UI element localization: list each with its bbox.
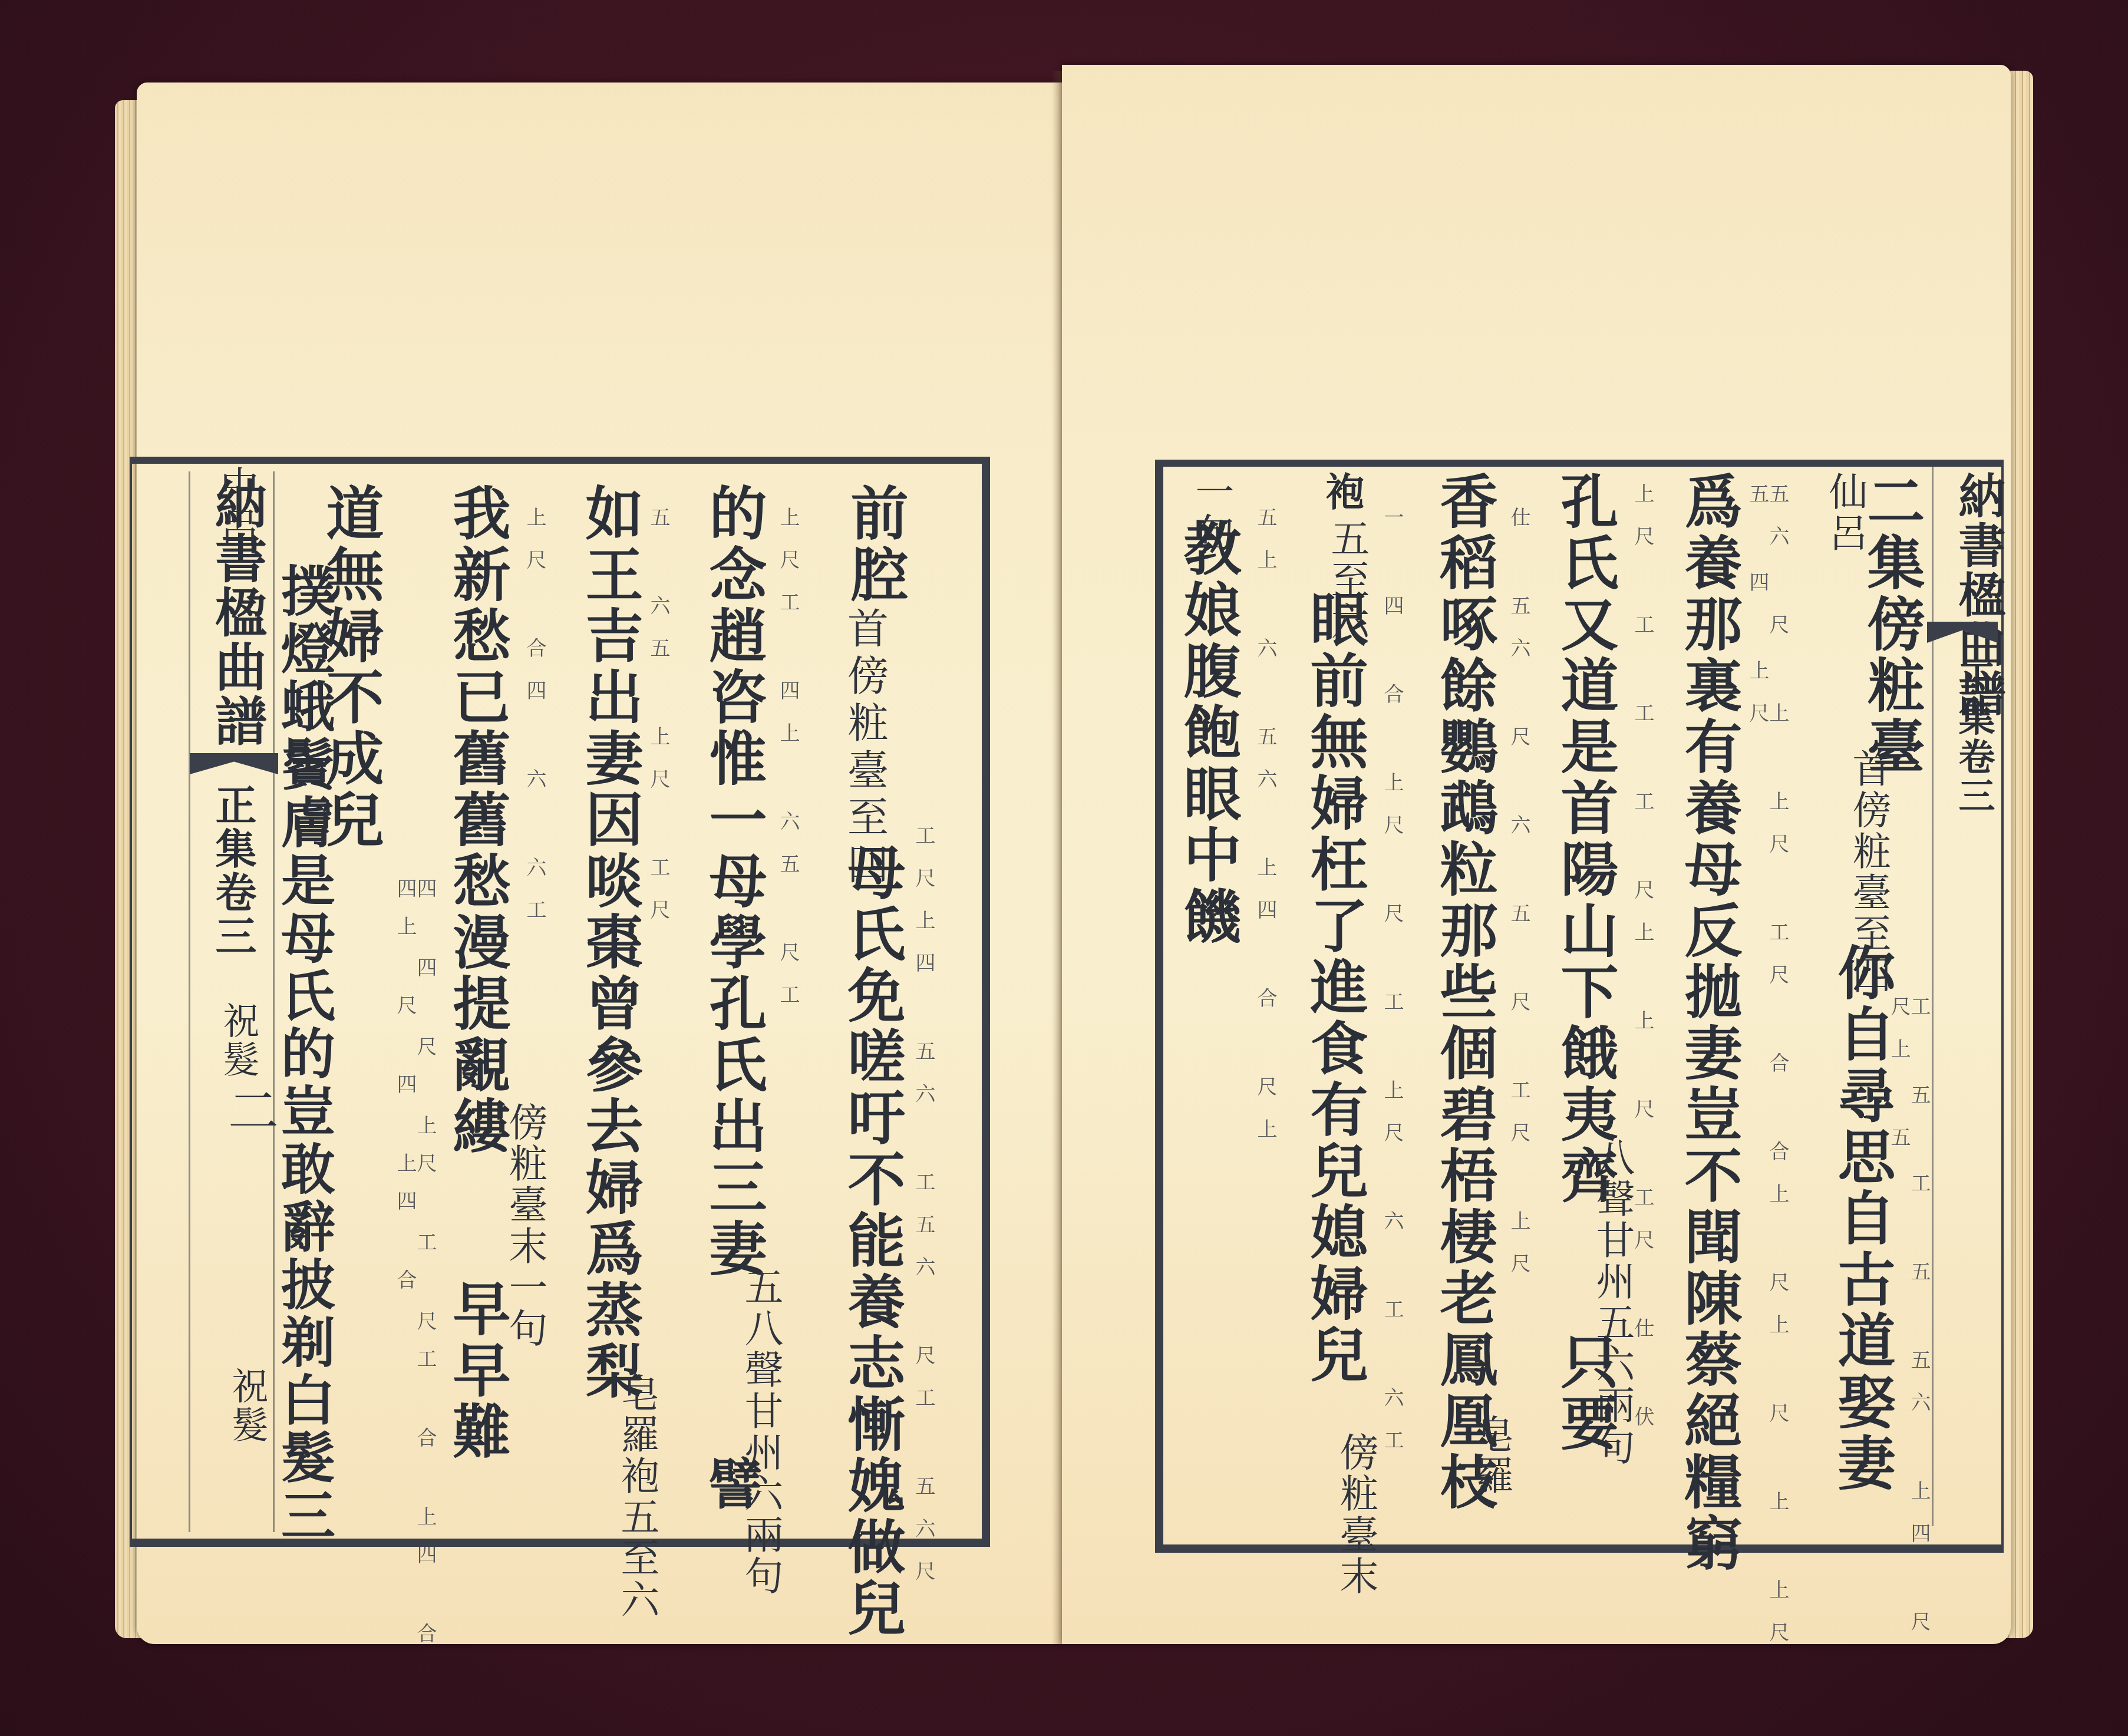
gongche-notation: 四 四 尺 上尺 工 尺工 合 上四 合 四上 尺 四 上四 合 <box>395 878 435 1736</box>
lyric-column-1: 你自尋思自古道娶妻 <box>1833 943 1891 1494</box>
lyric-column-1: 母氏免嗟吁不能養志慚媿做兒 <box>843 843 900 1639</box>
volume-label: 正集卷三 <box>203 784 263 958</box>
lyric-column-1-head: 前腔 <box>846 483 903 606</box>
gongche-notation: 五上 六 五六 上四 合 尺上 <box>1255 507 1275 1161</box>
lyric-column-3: 孔氏又道是首陽山下餓夷齊 <box>1556 471 1614 1207</box>
lyric-column-3-end: 只要 <box>1556 1332 1614 1454</box>
volume-label: 正集卷三 <box>1948 660 2000 816</box>
lyric-column-4-end: 早早難 <box>448 1279 506 1463</box>
qupai-annotation: 五八聲甘州六兩句 <box>704 1267 781 1597</box>
lyric-column-2: 的念趙咨惟一母學孔氏出三妻 <box>704 483 762 1280</box>
book-spread: 納書楹曲譜 正集卷三 祝髮 二 祝髮 前腔 首傍粧臺至四 母氏免嗟吁不能養志慚媿… <box>0 0 2128 1736</box>
mode-label: 中呂 <box>203 466 256 548</box>
lyric-column-6: 鬢膚是母氏的豈敢辭披剃白髮三 <box>277 737 331 1545</box>
act-title-bottom: 祝髮 <box>221 1367 273 1445</box>
lyric-column-4: 香稻啄餘鸚鵡粒那些個碧梧棲老鳳凰枝 <box>1435 471 1493 1513</box>
gongche-notation: 工尺上四 五六 工五六 尺工 五六尺 <box>913 825 933 1603</box>
gongche-notation: 一 四 合 上尺 尺 工 上尺 六 工 六工 <box>1382 507 1402 1472</box>
act-title-top: 祝髮 <box>212 1002 265 1080</box>
qupai-title: 撲燈蛾 <box>277 563 331 736</box>
gongche-notation: 仕 五六 尺 六 五 尺 工尺 上尺 <box>1509 507 1529 1295</box>
gongche-notation: 五六 尺 上 上尺 工尺 合 合上 尺上 尺 上 上尺 五 四 上尺 <box>1747 483 1787 1736</box>
qupai-annotation: 傍粧臺末 <box>1299 1432 1376 1597</box>
qupai-continuation: 袍 <box>1308 471 1361 514</box>
lyric-column-4: 我新愁已舊舊愁漫提覶縷 <box>448 483 506 1157</box>
gongche-notation: 上尺 工 工 工 尺上 上 尺 工尺 仕 伏 <box>1632 483 1652 1448</box>
gongche-notation: 五 六五 上尺 工尺 <box>648 507 668 942</box>
qupai-annotation: 皂羅袍五至六 <box>580 1373 657 1621</box>
lyric-column-2-end: 譬 <box>704 1456 758 1513</box>
lyric-column-2: 爲養那裏有養母反拋妻豈不聞陳蔡絕糧窮 <box>1680 471 1737 1575</box>
qupai-annotation: 皂羅 <box>1435 1414 1512 1497</box>
lyric-column-5: 眼前無婦枉了進食有兒媳婦兒 <box>1305 589 1363 1386</box>
margin-rule-line <box>189 471 190 1532</box>
gongche-notation: 上尺工 四上 六五 尺工 <box>778 507 798 1027</box>
gongche-notation: 工 五 工 五 五六 上四 尺 尺上 五 <box>1889 996 1929 1736</box>
qupai-title: 二集傍粧臺 <box>1862 471 1920 778</box>
gongche-notation: 上尺 合四 六 六工 <box>524 507 545 942</box>
lyric-column-3: 如王吉出妻因啖棗曾參去婦爲蒸梨 <box>580 483 638 1402</box>
lyric-column-6: 教娘腹飽眼中饑 <box>1179 519 1236 948</box>
